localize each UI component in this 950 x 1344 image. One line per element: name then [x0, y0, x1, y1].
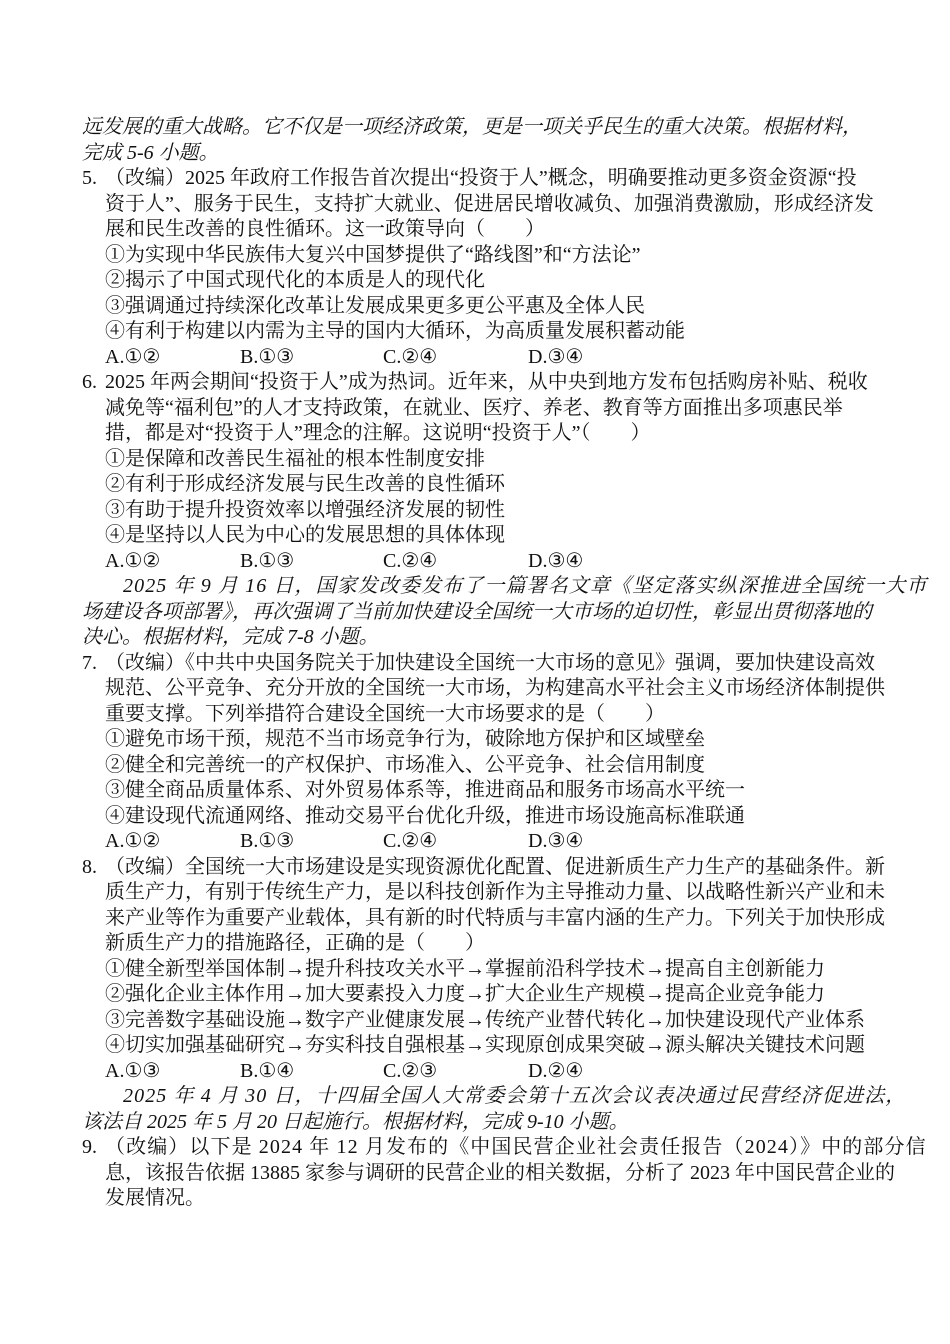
question-8: 8. （改编）全国统一大市场建设是实现资源优化配置、促进新质生产力生产的基础条件… [82, 855, 892, 1085]
answer-option-c: C.②③ [383, 1059, 528, 1085]
exam-content: 远发展的重大战略。它不仅是一项经济政策，更是一项关乎民生的重大决策。根据材料， … [82, 115, 892, 1212]
question-6: 6. 2025 年两会期间“投资于人”成为热词。近年来，从中央到地方发布包括购房… [82, 370, 892, 574]
statement-3: ③有助于提升投资效率以增强经济发展的韧性 [105, 498, 892, 524]
answer-option-c: C.②④ [383, 345, 528, 371]
text-line: 重要支撑。下列举措符合建设全国统一大市场要求的是（ ） [105, 702, 892, 728]
text-line: （改编）2025 年政府工作报告首次提出“投资于人”概念，明确要推动更多资金资源… [105, 166, 892, 192]
question-9-number: 9. [82, 1135, 97, 1161]
question-5: 5. （改编）2025 年政府工作报告首次提出“投资于人”概念，明确要推动更多资… [82, 166, 892, 370]
statement-4: ④切实加强基础研究→夯实科技自强根基→实现原创成果突破→源头解决关键技术问题 [105, 1033, 892, 1059]
text-line: 展和民生改善的良性循环。这一政策导向（ ） [105, 217, 892, 243]
answer-option-b: B.①③ [240, 345, 383, 371]
statement-3: ③强调通过持续深化改革让发展成果更多更公平惠及全体人民 [105, 294, 892, 320]
text-line: 完成 5-6 小题。 [82, 141, 892, 167]
statement-1: ①避免市场干预，规范不当市场竞争行为，破除地方保护和区域壁垒 [105, 727, 892, 753]
text-line: 该法自 2025 年 5 月 20 日起施行。根据材料，完成 9-10 小题。 [82, 1110, 892, 1136]
text-line: 2025 年两会期间“投资于人”成为热词。近年来，从中央到地方发布包括购房补贴、… [105, 370, 892, 396]
text-line: 场建设各项部署》，再次强调了当前加快建设全国统一大市场的迫切性，彰显出贯彻落地的 [82, 600, 892, 626]
answer-row-q5: A.①②B.①③C.②④D.③④ [105, 345, 892, 371]
text-line: 减免等“福利包”的人才支持政策，在就业、医疗、养老、教育等方面推出多项惠民举 [105, 396, 892, 422]
statement-2: ②强化企业主体作用→加大要素投入力度→扩大企业生产规模→提高企业竞争能力 [105, 982, 892, 1008]
material-paragraph-7-8: 2025 年 9 月 16 日，国家发改委发布了一篇署名文章《坚定落实纵深推进全… [82, 574, 892, 651]
answer-option-a: A.①② [105, 345, 240, 371]
statement-2: ②有利于形成经济发展与民生改善的良性循环 [105, 472, 892, 498]
text-line: （改编）以下是 2024 年 12 月发布的《中国民营企业社会责任报告（2024… [105, 1135, 892, 1161]
question-9: 9. （改编）以下是 2024 年 12 月发布的《中国民营企业社会责任报告（2… [82, 1135, 892, 1212]
text-line: 措，都是对“投资于人”理念的注解。这说明“投资于人”（ ） [105, 421, 892, 447]
answer-option-b: B.①③ [240, 549, 383, 575]
answer-row-q7: A.①②B.①③C.②④D.③④ [105, 829, 892, 855]
answer-option-d: D.③④ [528, 829, 583, 855]
answer-option-b: B.①④ [240, 1059, 383, 1085]
statement-4: ④有利于构建以内需为主导的国内大循环，为高质量发展积蓄动能 [105, 319, 892, 345]
question-6-number: 6. [82, 370, 97, 396]
answer-option-a: A.①② [105, 549, 240, 575]
answer-row-q8: A.①③B.①④C.②③D.②④ [105, 1059, 892, 1085]
statement-4: ④建设现代流通网络、推动交易平台优化升级，推进市场设施高标准联通 [105, 804, 892, 830]
statement-1: ①健全新型举国体制→提升科技攻关水平→掌握前沿科学技术→提高自主创新能力 [105, 957, 892, 983]
answer-option-c: C.②④ [383, 829, 528, 855]
question-8-number: 8. [82, 855, 97, 881]
text-line: 规范、公平竞争、充分开放的全国统一大市场，为构建高水平社会主义市场经济体制提供 [105, 676, 892, 702]
text-line: 发展情况。 [105, 1186, 892, 1212]
exam-page: 远发展的重大战略。它不仅是一项经济政策，更是一项关乎民生的重大决策。根据材料， … [0, 0, 950, 1344]
text-line: （改编）全国统一大市场建设是实现资源优化配置、促进新质生产力生产的基础条件。新 [105, 855, 892, 881]
answer-option-b: B.①③ [240, 829, 383, 855]
answer-option-d: D.②④ [528, 1059, 583, 1085]
material-paragraph-9-10: 2025 年 4 月 30 日，十四届全国人大常委会第十五次会议表决通过民营经济… [82, 1084, 892, 1135]
answer-option-a: A.①② [105, 829, 240, 855]
statement-3: ③完善数字基础设施→数字产业健康发展→传统产业替代转化→加快建设现代产业体系 [105, 1008, 892, 1034]
statement-2: ②健全和完善统一的产权保护、市场准入、公平竞争、社会信用制度 [105, 753, 892, 779]
text-line: 决心。根据材料，完成 7-8 小题。 [82, 625, 892, 651]
text-line: 息，该报告依据 13885 家参与调研的民营企业的相关数据，分析了 2023 年… [105, 1161, 892, 1187]
answer-row-q6: A.①②B.①③C.②④D.③④ [105, 549, 892, 575]
text-line: 质生产力，有别于传统生产力，是以科技创新作为主导推动力量、以战略性新兴产业和未 [105, 880, 892, 906]
statement-3: ③健全商品质量体系、对外贸易体系等，推进商品和服务市场高水平统一 [105, 778, 892, 804]
text-line: 2025 年 4 月 30 日，十四届全国人大常委会第十五次会议表决通过民营经济… [82, 1084, 892, 1110]
text-line: （改编）《中共中央国务院关于加快建设全国统一大市场的意见》强调，要加快建设高效 [105, 651, 892, 677]
answer-option-c: C.②④ [383, 549, 528, 575]
statement-1: ①为实现中华民族伟大复兴中国梦提供了“路线图”和“方法论” [105, 243, 892, 269]
answer-option-d: D.③④ [528, 549, 583, 575]
material-paragraph-5-6: 远发展的重大战略。它不仅是一项经济政策，更是一项关乎民生的重大决策。根据材料， … [82, 115, 892, 166]
text-line: 远发展的重大战略。它不仅是一项经济政策，更是一项关乎民生的重大决策。根据材料， [82, 115, 892, 141]
statement-4: ④是坚持以人民为中心的发展思想的具体体现 [105, 523, 892, 549]
statement-1: ①是保障和改善民生福祉的根本性制度安排 [105, 447, 892, 473]
question-7: 7. （改编）《中共中央国务院关于加快建设全国统一大市场的意见》强调，要加快建设… [82, 651, 892, 855]
answer-option-d: D.③④ [528, 345, 583, 371]
text-line: 新质生产力的措施路径，正确的是（ ） [105, 931, 892, 957]
question-7-number: 7. [82, 651, 97, 677]
text-line: 来产业等作为重要产业载体，具有新的时代特质与丰富内涵的生产力。下列关于加快形成 [105, 906, 892, 932]
answer-option-a: A.①③ [105, 1059, 240, 1085]
question-5-number: 5. [82, 166, 97, 192]
text-line: 2025 年 9 月 16 日，国家发改委发布了一篇署名文章《坚定落实纵深推进全… [82, 574, 892, 600]
text-line: 资于人”、服务于民生，支持扩大就业、促进居民增收减负、加强消费激励，形成经济发 [105, 192, 892, 218]
statement-2: ②揭示了中国式现代化的本质是人的现代化 [105, 268, 892, 294]
